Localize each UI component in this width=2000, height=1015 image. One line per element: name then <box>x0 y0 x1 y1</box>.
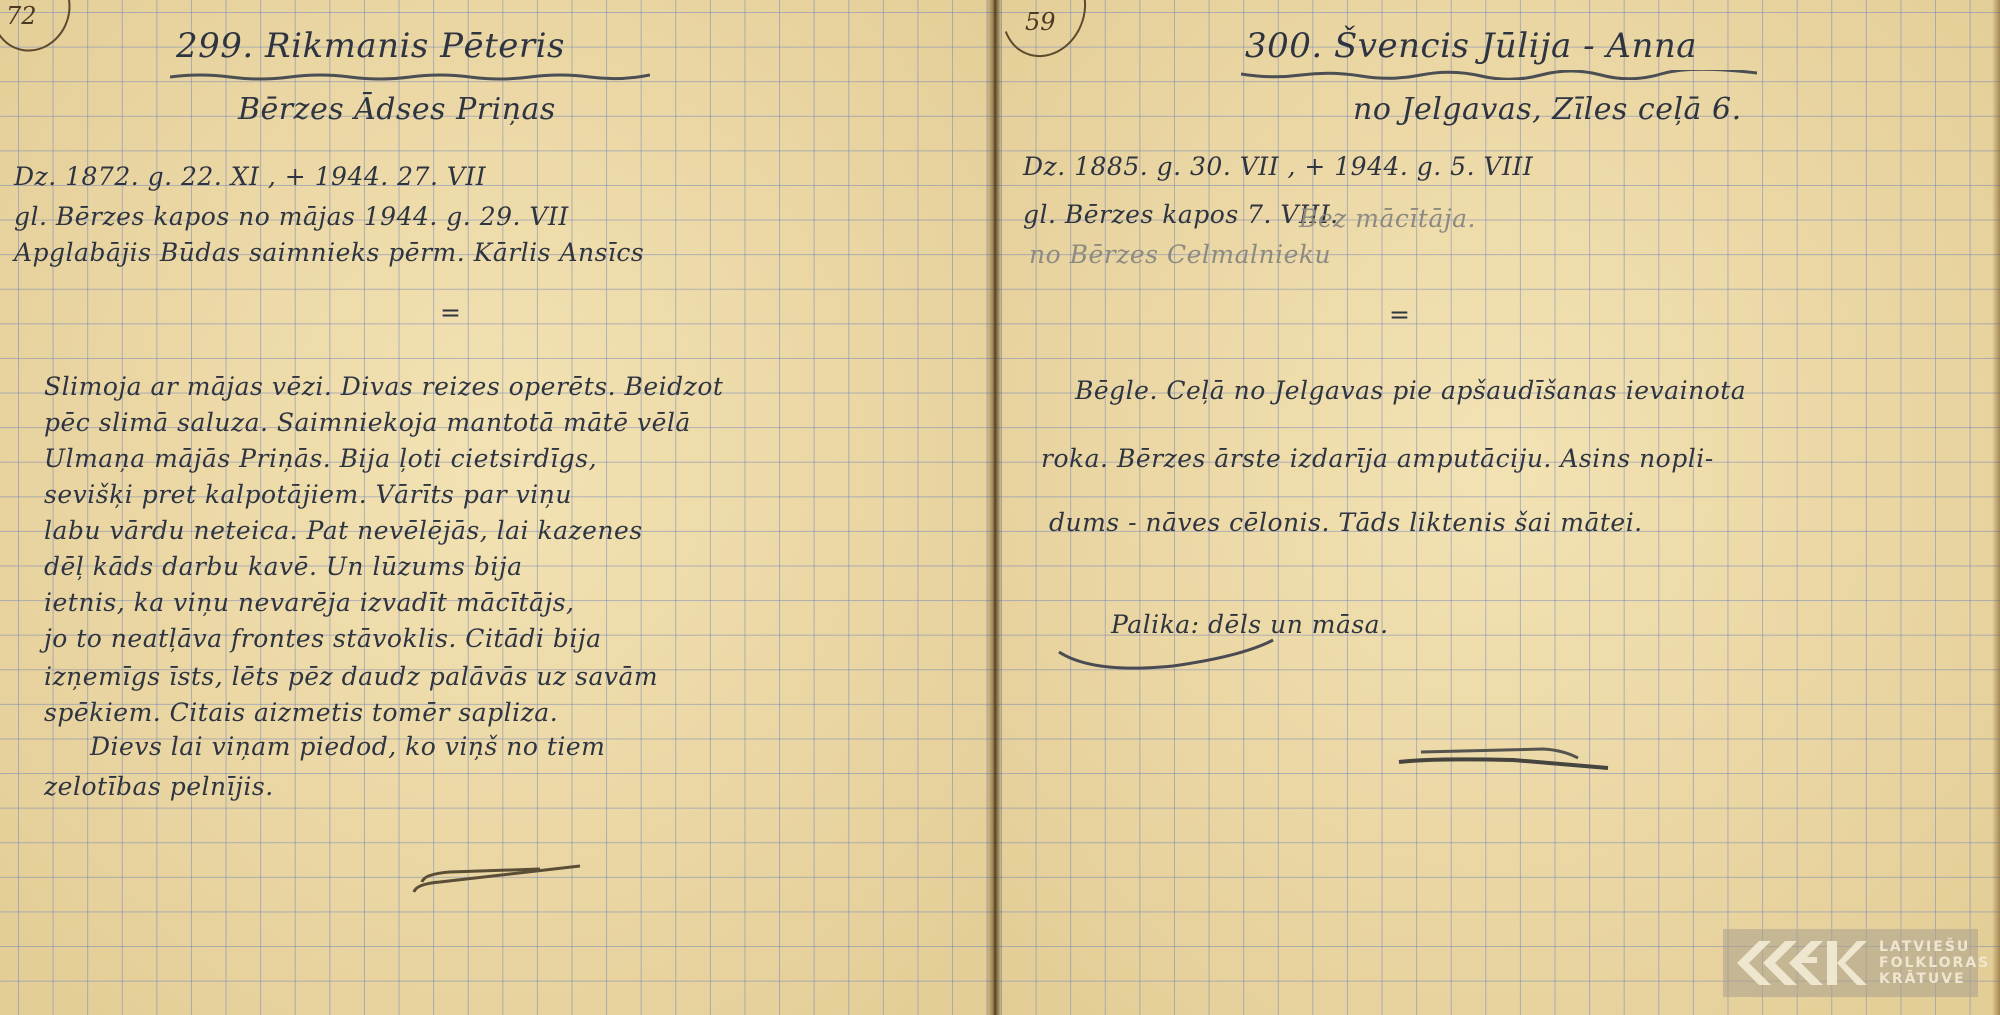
body-line: Slimoja ar mājas vēzi. Divas reizes oper… <box>44 372 723 401</box>
buried-by-line: Apglabājis Būdas saimnieks pērm. Kārlis … <box>14 238 644 267</box>
body-line: Dievs lai viņam piedod, ko viņš no tiem <box>90 732 605 761</box>
survivors-underline <box>1053 630 1293 680</box>
archive-name-line: FOLKLORAS <box>1879 955 1990 971</box>
entry-location: no Jelgavas, Zīles ceļā 6. <box>1353 92 1742 127</box>
title-underline <box>170 72 650 82</box>
body-line: spēkiem. Citais aizmetis tomēr sapliza. <box>44 698 558 727</box>
archive-name-line: KRĀTUVE <box>1879 971 1990 987</box>
book-spine <box>986 0 1002 1015</box>
page-number-circle <box>0 0 82 63</box>
faint-note: no Bērzes Celmalnieku <box>1029 240 1331 269</box>
separator: = <box>1389 300 1410 329</box>
archive-name-line: LATVIEŠU <box>1879 939 1990 955</box>
archive-name: LATVIEŠU FOLKLORAS KRĀTUVE <box>1879 939 1990 987</box>
separator: = <box>440 298 461 327</box>
body-line: dēļ kāds darbu kavē. Un lūzums bija <box>44 552 522 581</box>
page-number-circle <box>993 0 1100 70</box>
body-line: pēc slimā saluza. Saimniekoja mantotā mā… <box>44 408 691 437</box>
end-of-entry-mark <box>410 862 590 902</box>
body-line: izņemīgs īsts, lēts pēz daudz palāvās uz… <box>44 662 658 691</box>
left-page: 72 299. Rikmanis Pēteris Bērzes Ādses Pr… <box>0 0 993 1015</box>
birth-death-line: Dz. 1872. g. 22. XI , + 1944. 27. VII <box>14 162 486 191</box>
right-page: 59 300. Švencis Jūlija - Anna no Jelgava… <box>993 0 2000 1015</box>
entry-location: Bērzes Ādses Priņas <box>238 92 556 127</box>
body-line: labu vārdu neteica. Pat nevēlējās, lai k… <box>44 516 643 545</box>
burial-line: gl. Bērzes kapos no mājas 1944. g. 29. V… <box>14 202 569 231</box>
page-edge <box>1992 0 2000 1015</box>
faint-note: Bez mācītāja. <box>1299 204 1476 233</box>
body-line: Bēgle. Ceļā no Jelgavas pie apšaudīšanas… <box>1075 376 1746 405</box>
body-line: roka. Bērzes ārste izdarīja amputāciju. … <box>1041 444 1714 473</box>
lfk-chevron-logo-icon <box>1737 937 1867 989</box>
entry-title: 300. Švencis Jūlija - Anna <box>1245 26 1697 66</box>
body-line: sevišķi pret kalpotājiem. Vārīts par viņ… <box>44 480 572 509</box>
burial-line: gl. Bērzes kapos 7. VIII. <box>1023 200 1339 229</box>
body-line: jo to neatļāva frontes stāvoklis. Citādi… <box>44 624 602 653</box>
body-line: dums - nāves cēlonis. Tāds liktenis šai … <box>1049 508 1643 537</box>
body-line: zelotības pelnījis. <box>44 772 274 801</box>
archive-watermark: LATVIEŠU FOLKLORAS KRĀTUVE <box>1723 929 1978 997</box>
body-line: ietnis, ka viņu nevarēja izvadīt mācītāj… <box>44 588 574 617</box>
title-underline <box>1241 70 1757 80</box>
notebook-spread: 72 299. Rikmanis Pēteris Bērzes Ādses Pr… <box>0 0 2000 1015</box>
body-line: Ulmaņa mājās Priņās. Bija ļoti cietsirdī… <box>44 444 597 473</box>
end-of-entry-mark <box>1393 740 1633 780</box>
birth-death-line: Dz. 1885. g. 30. VII , + 1944. g. 5. VII… <box>1023 152 1533 181</box>
entry-title: 299. Rikmanis Pēteris <box>176 26 565 66</box>
